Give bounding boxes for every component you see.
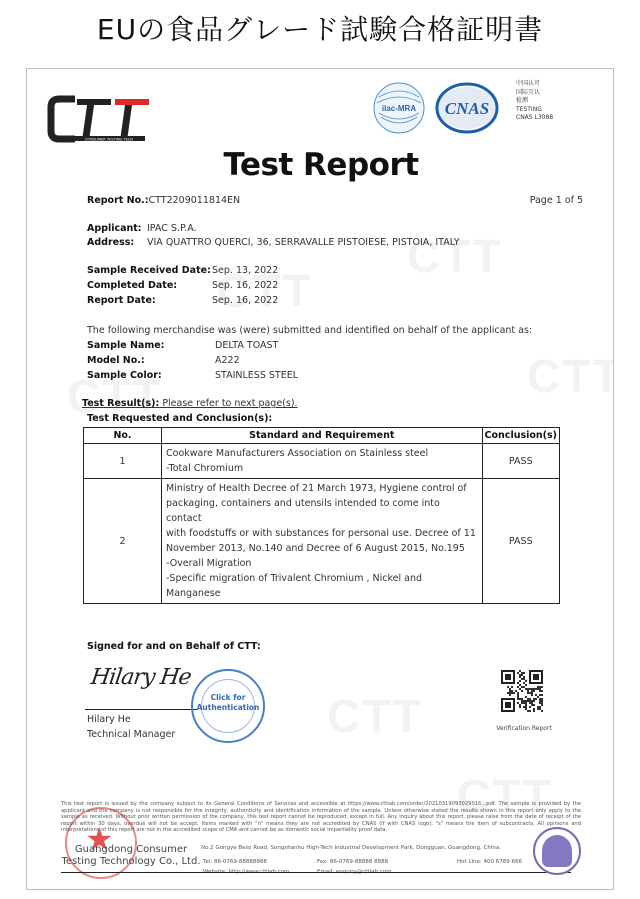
verification-report-label: Verification Report bbox=[489, 725, 559, 732]
completed-date-value: Sep. 16, 2022 bbox=[212, 280, 278, 291]
authentication-seal-text: Click for Authentication bbox=[193, 693, 263, 713]
column-header-no: No. bbox=[84, 428, 162, 444]
model-no-value: A222 bbox=[215, 355, 240, 366]
authentication-seal-button[interactable]: Click for Authentication bbox=[191, 669, 265, 743]
address-value: VIA QUATTRO QUERCI, 36, SERRAVALLE PISTO… bbox=[147, 237, 460, 248]
model-no-label: Model No.: bbox=[87, 355, 145, 366]
column-header-conclusion: Conclusion(s) bbox=[482, 428, 559, 444]
report-date-label: Report Date: bbox=[87, 295, 156, 306]
report-number: Report No.:CTT2209011814EN bbox=[87, 195, 240, 206]
test-requested-heading: Test Requested and Conclusion(s): bbox=[87, 413, 272, 424]
row-standard: Cookware Manufacturers Association on St… bbox=[162, 444, 483, 479]
ctt-logo: CONSUMER TESTING TECH bbox=[45, 91, 155, 147]
sample-color-value: STAINLESS STEEL bbox=[215, 370, 298, 381]
signatory-name: Hilary He bbox=[87, 714, 131, 725]
report-title: Test Report bbox=[27, 147, 614, 183]
svg-text:ilac-MRA: ilac-MRA bbox=[382, 104, 416, 113]
svg-text:CONSUMER TESTING TECH: CONSUMER TESTING TECH bbox=[85, 137, 134, 141]
received-date-value: Sep. 13, 2022 bbox=[212, 265, 278, 276]
completed-date-label: Completed Date: bbox=[87, 280, 177, 291]
address-label: Address: bbox=[87, 237, 134, 248]
applicant-label: Applicant: bbox=[87, 223, 142, 234]
cnas-icon: CNAS bbox=[437, 84, 497, 132]
signed-on-behalf-label: Signed for and on Behalf of CTT: bbox=[87, 641, 261, 652]
ctt-watermark: CTT bbox=[527, 349, 614, 403]
signatory-title: Technical Manager bbox=[87, 729, 175, 740]
row-conclusion: PASS bbox=[482, 479, 559, 604]
company-tel: Tel: 86-0769-88888888 bbox=[203, 859, 267, 865]
row-conclusion: PASS bbox=[482, 444, 559, 479]
sample-name-label: Sample Name: bbox=[87, 340, 164, 351]
company-address: No.2 Gongye Beisi Road, Songshanhu High-… bbox=[201, 845, 501, 851]
table-row: 2 Ministry of Health Decree of 21 March … bbox=[84, 479, 560, 604]
page-indicator: Page 1 of 5 bbox=[530, 195, 583, 206]
testing-mark-seal-icon bbox=[533, 827, 581, 875]
column-header-standard: Standard and Requirement bbox=[162, 428, 483, 444]
svg-text:CNAS: CNAS bbox=[445, 99, 489, 118]
verification-qr-code-icon[interactable] bbox=[501, 669, 543, 713]
accreditation-logos: ilac-MRA CNAS bbox=[367, 77, 607, 137]
ctt-watermark: CTT bbox=[327, 689, 422, 743]
row-standard: Ministry of Health Decree of 21 March 19… bbox=[162, 479, 483, 604]
sample-name-value: DELTA TOAST bbox=[215, 340, 278, 351]
table-row: 1 Cookware Manufacturers Association on … bbox=[84, 444, 560, 479]
signature-line bbox=[85, 709, 197, 710]
row-number: 2 bbox=[84, 479, 162, 604]
received-date-label: Sample Received Date: bbox=[87, 265, 211, 276]
company-name: Guangdong Consumer Testing Technology Co… bbox=[61, 844, 201, 868]
handwritten-signature: Hilary He bbox=[89, 665, 192, 690]
table-header-row: No. Standard and Requirement Conclusion(… bbox=[84, 428, 560, 444]
report-date-value: Sep. 16, 2022 bbox=[212, 295, 278, 306]
footer-divider bbox=[61, 872, 571, 873]
row-number: 1 bbox=[84, 444, 162, 479]
disclaimer-text: This test report is issued by the compan… bbox=[61, 801, 581, 834]
company-hotline: Hot Line: 400 6789 666 bbox=[457, 859, 522, 865]
test-report-document: CTT CTT CTT CTT CTT CTT CONSUMER TESTING… bbox=[26, 68, 614, 890]
results-table: No. Standard and Requirement Conclusion(… bbox=[83, 427, 560, 604]
sample-color-label: Sample Color: bbox=[87, 370, 162, 381]
sample-intro: The following merchandise was (were) sub… bbox=[87, 325, 532, 336]
cnas-accreditation-text: 中国认可 国际互认 检测 TESTING CNAS L3088 bbox=[516, 80, 553, 123]
test-result-line: Test Result(s): Please refer to next pag… bbox=[82, 398, 298, 409]
page-heading: EUの食品グレード試験合格証明書 bbox=[0, 8, 640, 48]
ilac-mra-icon: ilac-MRA bbox=[374, 83, 424, 133]
applicant-value: IPAC S.P.A. bbox=[147, 223, 197, 234]
company-fax: Fax: 86-0769-88888 8888 bbox=[317, 859, 388, 865]
